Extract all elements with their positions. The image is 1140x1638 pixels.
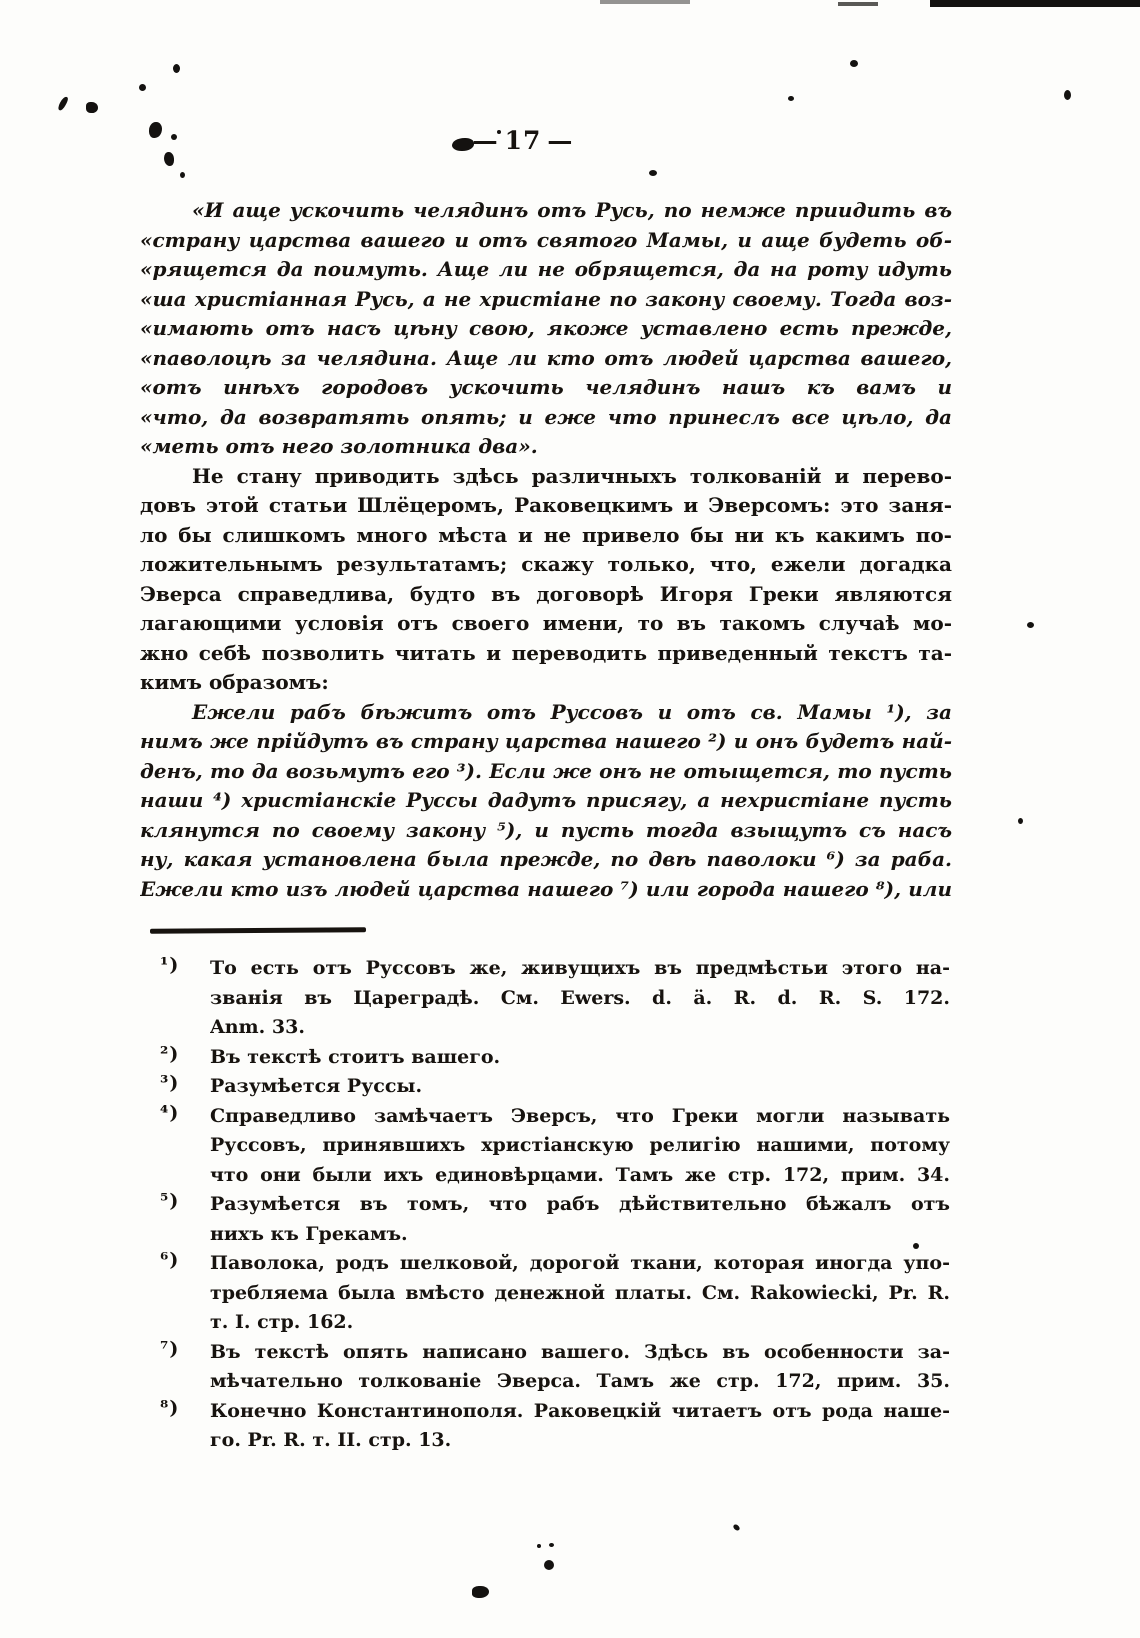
ink-speck xyxy=(1064,90,1071,100)
footnote: ⁸)Конечно Константинополя. Раковецкій чи… xyxy=(148,1397,950,1456)
text-line: Паволока, родъ шелковой, дорогой ткани, … xyxy=(210,1249,950,1279)
footnote: ⁴)Справедливо замѣчаетъ Эверсъ, что Грек… xyxy=(148,1102,950,1191)
text-line: нихъ къ Грекамъ. xyxy=(210,1220,950,1250)
text-line: Справедливо замѣчаетъ Эверсъ, что Греки … xyxy=(210,1102,950,1132)
ink-speck xyxy=(149,122,162,138)
text-line: Эверса справедлива, будто въ договорѣ Иг… xyxy=(140,580,952,610)
text-line: клянутся по своему закону ⁵), и пусть то… xyxy=(140,816,952,846)
ink-speck xyxy=(1018,818,1023,824)
text-line: Ежели кто изъ людей царства нашего ⁷) ил… xyxy=(140,875,952,905)
footnote-marker: ⁷) xyxy=(160,1338,179,1360)
footnotes: ¹)То есть отъ Руссовъ же, живущихъ въ пр… xyxy=(148,954,950,1456)
book-page: —17— «И аще ускочить челядинъ отъ Русь, … xyxy=(0,0,1140,1638)
footnote: ⁵)Разумѣется въ томъ, что рабъ дѣйствите… xyxy=(148,1190,950,1249)
scan-edge-artifact xyxy=(600,0,690,4)
text-line: жно себѣ позволить читать и переводить п… xyxy=(140,639,952,669)
footnote-marker: ⁵) xyxy=(160,1190,179,1212)
text-line: «рящется да поимуть. Аще ли не обрящется… xyxy=(140,255,952,285)
text-line: кимъ образомъ: xyxy=(140,668,952,698)
ink-speck xyxy=(86,102,98,113)
ink-speck xyxy=(173,64,180,73)
ink-speck xyxy=(537,1544,541,1548)
footnote-marker: ¹) xyxy=(160,954,179,976)
text-line: ну, какая установлена была прежде, по дв… xyxy=(140,845,952,875)
body-text: «И аще ускочить челядинъ отъ Русь, по не… xyxy=(140,196,952,904)
text-line: наши ⁴) христіанскіе Руссы дадутъ присяг… xyxy=(140,786,952,816)
ink-speck xyxy=(180,172,185,178)
footnote: ⁷)Въ текстѣ опять написано вашего. Здѣсь… xyxy=(148,1338,950,1397)
ink-speck xyxy=(544,1560,554,1570)
footnote-marker: ⁴) xyxy=(160,1102,179,1124)
ink-speck xyxy=(1027,622,1034,628)
ink-speck xyxy=(171,134,177,140)
footnote: ¹)То есть отъ Руссовъ же, живущихъ въ пр… xyxy=(148,954,950,1043)
text-line: лагающими условія отъ своего имени, то в… xyxy=(140,609,952,639)
ink-speck xyxy=(472,1586,489,1598)
text-line: Въ текстѣ стоитъ вашего. xyxy=(210,1043,950,1073)
paragraph: «И аще ускочить челядинъ отъ Русь, по не… xyxy=(140,196,952,462)
ink-speck xyxy=(139,84,146,91)
page-number: 17 xyxy=(505,126,542,155)
text-line: денъ, то да возьмутъ его ³). Если же онъ… xyxy=(140,757,952,787)
header-right-dash: — xyxy=(541,126,579,155)
text-line: нимъ же прійдутъ въ страну царства нашег… xyxy=(140,727,952,757)
text-line: Въ текстѣ опять написано вашего. Здѣсь в… xyxy=(210,1338,950,1368)
text-line: «что, да возвратять опять; и еже что при… xyxy=(140,403,952,433)
paragraph: Не стану приводить здѣсь различныхъ толк… xyxy=(140,462,952,698)
text-line: званія въ Цареградѣ. См. Ewers. d. ä. R.… xyxy=(210,984,950,1014)
text-line: т. I. стр. 162. xyxy=(210,1308,950,1338)
text-line: ло бы слишкомъ много мѣста и не привело … xyxy=(140,521,952,551)
ink-speck xyxy=(497,130,501,134)
text-line: Конечно Константинополя. Раковецкій чита… xyxy=(210,1397,950,1427)
footnote: ³)Разумѣется Руссы. xyxy=(148,1072,950,1102)
text-line: «отъ инѣхъ городовъ ускочить челядинъ на… xyxy=(140,373,952,403)
ink-speck xyxy=(57,95,69,111)
text-line: «И аще ускочить челядинъ отъ Русь, по не… xyxy=(140,196,952,226)
text-line: Anm. 33. xyxy=(210,1013,950,1043)
footnote-marker: ³) xyxy=(160,1072,179,1094)
text-line: «имають отъ насъ цѣну свою, якоже уставл… xyxy=(140,314,952,344)
footnote-marker: ²) xyxy=(160,1043,179,1065)
ink-speck xyxy=(732,1523,741,1531)
ink-speck xyxy=(549,1543,554,1547)
ink-speck xyxy=(788,96,794,101)
text-line: То есть отъ Руссовъ же, живущихъ въ пред… xyxy=(210,954,950,984)
text-line: Не стану приводить здѣсь различныхъ толк… xyxy=(140,462,952,492)
text-line: требляема была вмѣсто денежной платы. См… xyxy=(210,1279,950,1309)
footnote-marker: ⁸) xyxy=(160,1397,179,1419)
ink-speck xyxy=(913,1243,919,1249)
paragraph: Ежели рабъ бѣжитъ отъ Руссовъ и отъ св. … xyxy=(140,698,952,905)
text-line: «ша христіанная Русь, а не христіане по … xyxy=(140,285,952,315)
footnote-rule xyxy=(150,927,366,934)
footnote-marker: ⁶) xyxy=(160,1249,179,1271)
scan-edge-artifact xyxy=(930,0,1140,7)
text-line: «страну царства вашего и отъ святого Мам… xyxy=(140,226,952,256)
text-line: что они были ихъ единовѣрцами. Тамъ же с… xyxy=(210,1161,950,1191)
ink-speck xyxy=(649,170,657,176)
text-line: го. Pr. R. т. II. стр. 13. xyxy=(210,1426,950,1456)
text-line: мѣчательно толкованіе Эверса. Тамъ же ст… xyxy=(210,1367,950,1397)
text-line: Разумѣется въ томъ, что рабъ дѣйствитель… xyxy=(210,1190,950,1220)
text-line: Разумѣется Руссы. xyxy=(210,1072,950,1102)
ink-speck xyxy=(164,152,174,166)
ink-speck xyxy=(850,60,858,67)
footnote: ⁶)Паволока, родъ шелковой, дорогой ткани… xyxy=(148,1249,950,1338)
text-line: «меть отъ него золотника два». xyxy=(140,432,952,462)
text-line: довъ этой статьи Шлёцеромъ, Раковецкимъ … xyxy=(140,491,952,521)
footnote: ²)Въ текстѣ стоитъ вашего. xyxy=(148,1043,950,1073)
text-line: ложительнымъ результатамъ; скажу только,… xyxy=(140,550,952,580)
scan-edge-artifact xyxy=(838,2,878,6)
text-line: Ежели рабъ бѣжитъ отъ Руссовъ и отъ св. … xyxy=(140,698,952,728)
text-line: «паволоцѣ за челядина. Аще ли кто отъ лю… xyxy=(140,344,952,374)
text-line: Руссовъ, принявшихъ христіанскую религію… xyxy=(210,1131,950,1161)
